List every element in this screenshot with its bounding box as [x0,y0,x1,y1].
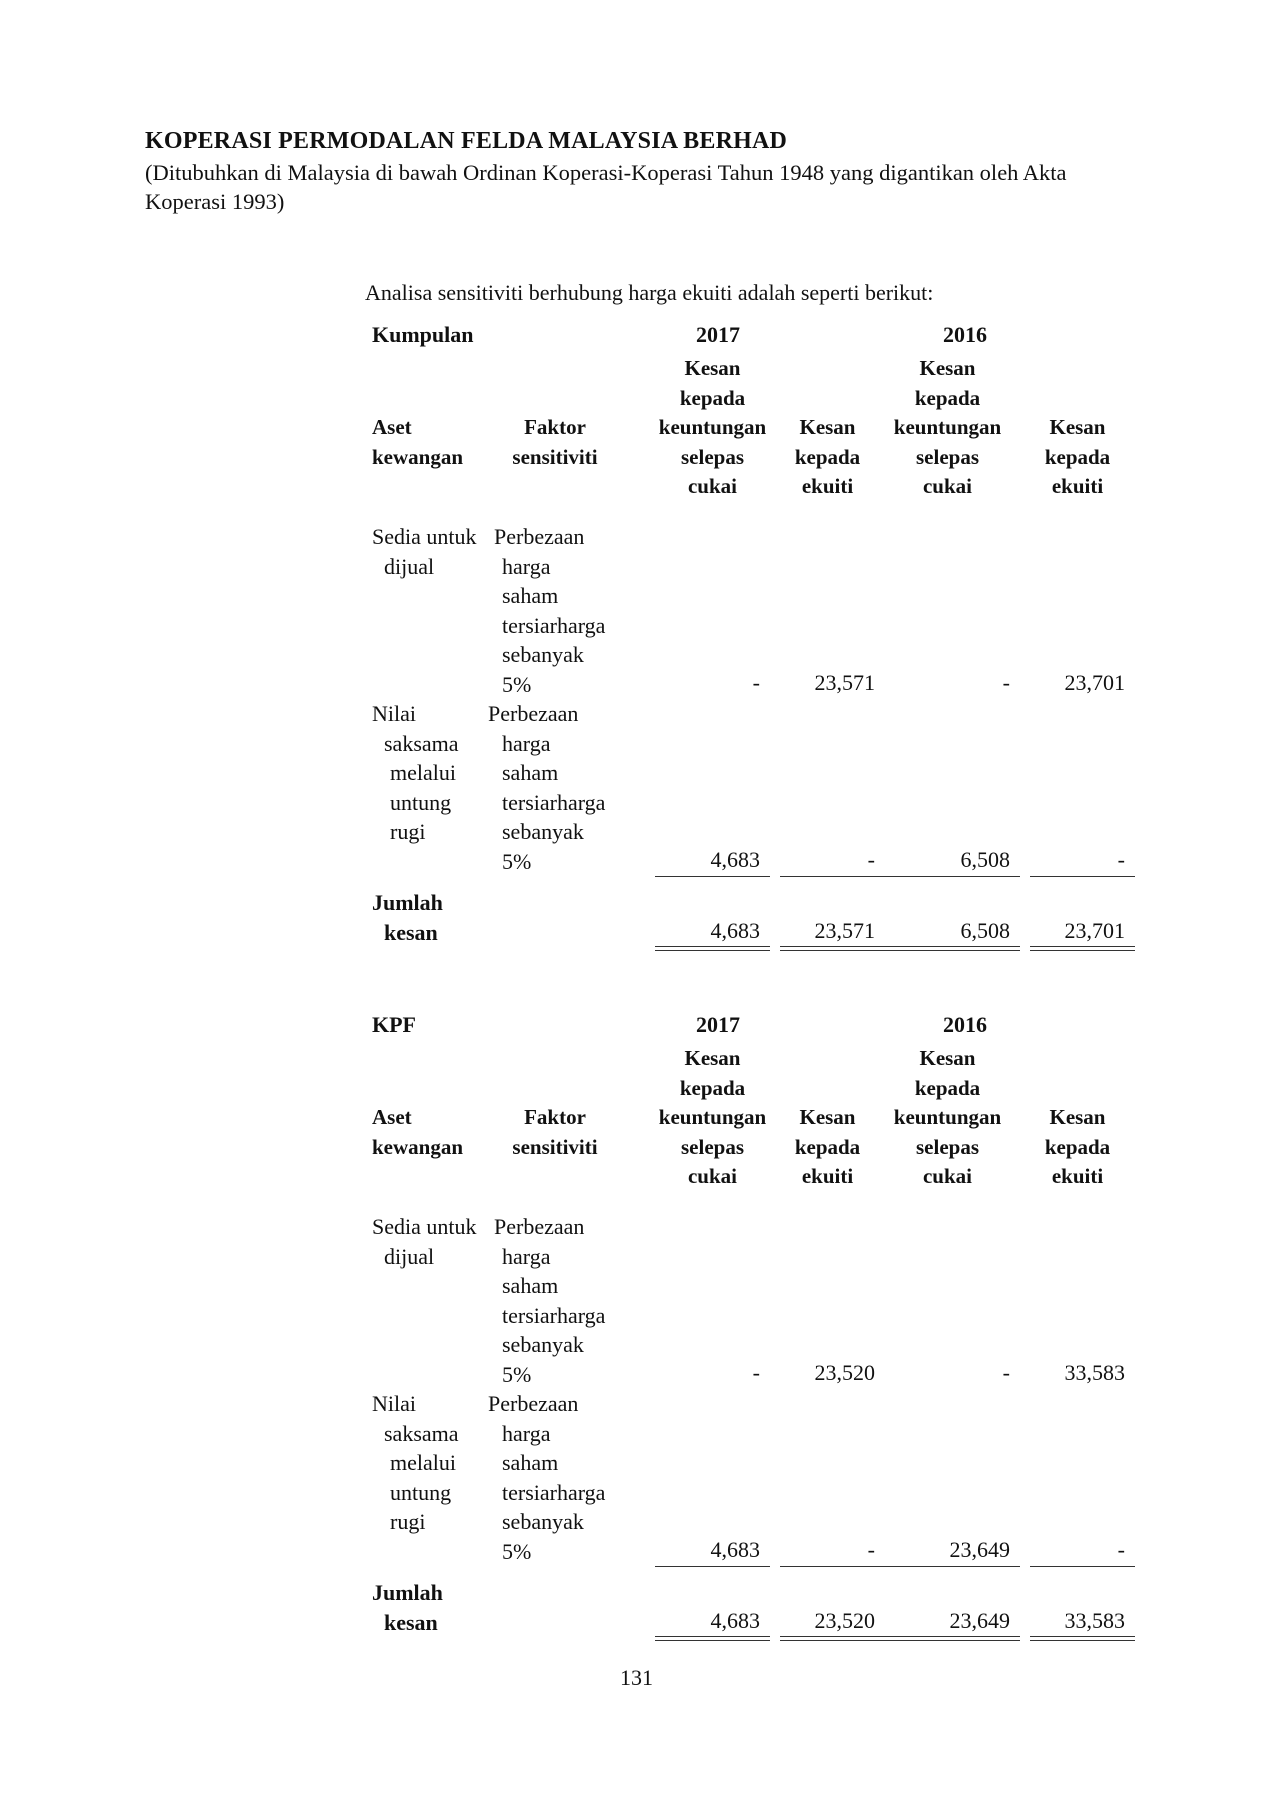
profit-impact-header: Kesan [875,1044,1020,1074]
factor-label: tersiarharga [502,1478,605,1508]
asset-label: Nilai [372,1389,416,1419]
equity-impact-header: kepada [1025,443,1130,473]
profit-impact-header: kepada [645,1074,780,1104]
factor-label: 5% [502,670,531,700]
year-header-2016: 2016 [905,1012,1025,1038]
factor-header: sensitiviti [505,443,605,473]
asset-label: untung [390,1478,451,1508]
subtotal-underline [780,1566,885,1567]
asset-label: untung [390,788,451,818]
total-value-cell: 23,520 [815,1608,876,1634]
equity-impact-header: kepada [775,1133,880,1163]
equity-impact-header: ekuiti [1025,1162,1130,1192]
profit-impact-header: selepas [875,443,1020,473]
total-label: kesan [384,918,438,948]
asset-header: kewangan [372,1133,463,1163]
page-number: 131 [620,1665,653,1691]
equity-impact-header: Kesan [1025,1103,1130,1133]
factor-label: tersiarharga [502,1301,605,1331]
equity-impact-header: ekuiti [775,472,880,502]
profit-impact-header: cukai [875,472,1020,502]
asset-label: Sedia untuk [372,1212,477,1242]
profit-impact-header: cukai [875,1162,1020,1192]
total-label: kesan [384,1608,438,1638]
subtotal-underline [885,1566,1020,1567]
year-header-2017: 2017 [658,1012,778,1038]
value-cell: 4,683 [711,847,761,873]
value-cell: - [1003,670,1010,696]
asset-label: melalui [390,758,456,788]
total-double-underline [655,946,770,951]
profit-impact-header: Kesan [645,1044,780,1074]
equity-impact-header: kepada [775,443,880,473]
asset-label: dijual [384,1242,434,1272]
factor-label: saham [502,758,558,788]
total-value-cell: 4,683 [711,918,761,944]
intro-text: Analisa sensitiviti berhubung harga ekui… [365,280,933,306]
factor-label: Perbezaan [494,522,584,552]
section-kumpulan: Kumpulan20172016AsetkewanganFaktorsensit… [370,322,1140,982]
asset-label: saksama [384,729,459,759]
subtotal-underline [1030,876,1135,877]
organization-subtitle: (Ditubuhkan di Malaysia di bawah Ordinan… [145,158,1125,216]
factor-label: sebanyak [502,1330,584,1360]
profit-impact-header: cukai [645,1162,780,1192]
value-cell: 23,649 [950,1537,1011,1563]
value-cell: 4,683 [711,1537,761,1563]
factor-label: sebanyak [502,640,584,670]
section-title: Kumpulan [372,322,474,348]
factor-label: 5% [502,1537,531,1567]
profit-impact-header: Kesan [875,354,1020,384]
total-double-underline [655,1636,770,1641]
factor-label: harga [502,1242,550,1272]
asset-label: melalui [390,1448,456,1478]
factor-label: 5% [502,847,531,877]
year-header-2016: 2016 [905,322,1025,348]
profit-impact-header: kepada [875,1074,1020,1104]
value-cell: - [868,1537,875,1563]
profit-impact-header: kepada [645,384,780,414]
factor-label: harga [502,1419,550,1449]
subtotal-underline [655,876,770,877]
factor-label: 5% [502,1360,531,1390]
value-cell: - [1118,847,1125,873]
profit-impact-header: Kesan [645,354,780,384]
factor-label: tersiarharga [502,611,605,641]
equity-impact-header: ekuiti [775,1162,880,1192]
total-value-cell: 4,683 [711,1608,761,1634]
value-cell: - [1118,1537,1125,1563]
total-double-underline [885,1636,1020,1641]
total-value-cell: 23,701 [1065,918,1126,944]
equity-impact-header: kepada [1025,1133,1130,1163]
asset-label: Sedia untuk [372,522,477,552]
asset-label: Nilai [372,699,416,729]
total-double-underline [1030,946,1135,951]
profit-impact-header: keuntungan [645,1103,780,1133]
section-title: KPF [372,1012,416,1038]
factor-label: sebanyak [502,817,584,847]
value-cell: 23,571 [815,670,876,696]
asset-label: rugi [390,1507,425,1537]
asset-label: rugi [390,817,425,847]
total-double-underline [1030,1636,1135,1641]
total-double-underline [885,946,1020,951]
value-cell: - [868,847,875,873]
total-label: Jumlah [372,1578,443,1608]
total-value-cell: 6,508 [961,918,1011,944]
factor-label: tersiarharga [502,788,605,818]
organization-title: KOPERASI PERMODALAN FELDA MALAYSIA BERHA… [145,128,787,155]
factor-label: saham [502,1271,558,1301]
profit-impact-header: keuntungan [875,1103,1020,1133]
profit-impact-header: cukai [645,472,780,502]
equity-impact-header: ekuiti [1025,472,1130,502]
profit-impact-header: selepas [875,1133,1020,1163]
total-label: Jumlah [372,888,443,918]
factor-label: harga [502,729,550,759]
factor-label: harga [502,552,550,582]
section-kpf: KPF20172016AsetkewanganFaktorsensitiviti… [370,1012,1140,1672]
asset-label: dijual [384,552,434,582]
total-double-underline [780,946,885,951]
value-cell: 6,508 [961,847,1011,873]
total-value-cell: 23,571 [815,918,876,944]
profit-impact-header: keuntungan [645,413,780,443]
asset-header: kewangan [372,443,463,473]
factor-header: Faktor [505,1103,605,1133]
factor-label: Perbezaan [488,699,578,729]
factor-header: Faktor [505,413,605,443]
value-cell: 23,701 [1065,670,1126,696]
total-value-cell: 33,583 [1065,1608,1126,1634]
subtotal-underline [655,1566,770,1567]
value-cell: 33,583 [1065,1360,1126,1386]
subtotal-underline [1030,1566,1135,1567]
factor-label: saham [502,581,558,611]
year-header-2017: 2017 [658,322,778,348]
profit-impact-header: kepada [875,384,1020,414]
equity-impact-header: Kesan [1025,413,1130,443]
factor-label: Perbezaan [488,1389,578,1419]
subtotal-underline [885,876,1020,877]
asset-header: Aset [372,413,412,443]
value-cell: - [753,1360,760,1386]
profit-impact-header: selepas [645,443,780,473]
total-double-underline [780,1636,885,1641]
equity-impact-header: Kesan [775,413,880,443]
factor-label: saham [502,1448,558,1478]
asset-label: saksama [384,1419,459,1449]
asset-header: Aset [372,1103,412,1133]
value-cell: - [753,670,760,696]
profit-impact-header: selepas [645,1133,780,1163]
factor-label: sebanyak [502,1507,584,1537]
equity-impact-header: Kesan [775,1103,880,1133]
total-value-cell: 23,649 [950,1608,1011,1634]
profit-impact-header: keuntungan [875,413,1020,443]
value-cell: - [1003,1360,1010,1386]
factor-header: sensitiviti [505,1133,605,1163]
subtotal-underline [780,876,885,877]
factor-label: Perbezaan [494,1212,584,1242]
value-cell: 23,520 [815,1360,876,1386]
